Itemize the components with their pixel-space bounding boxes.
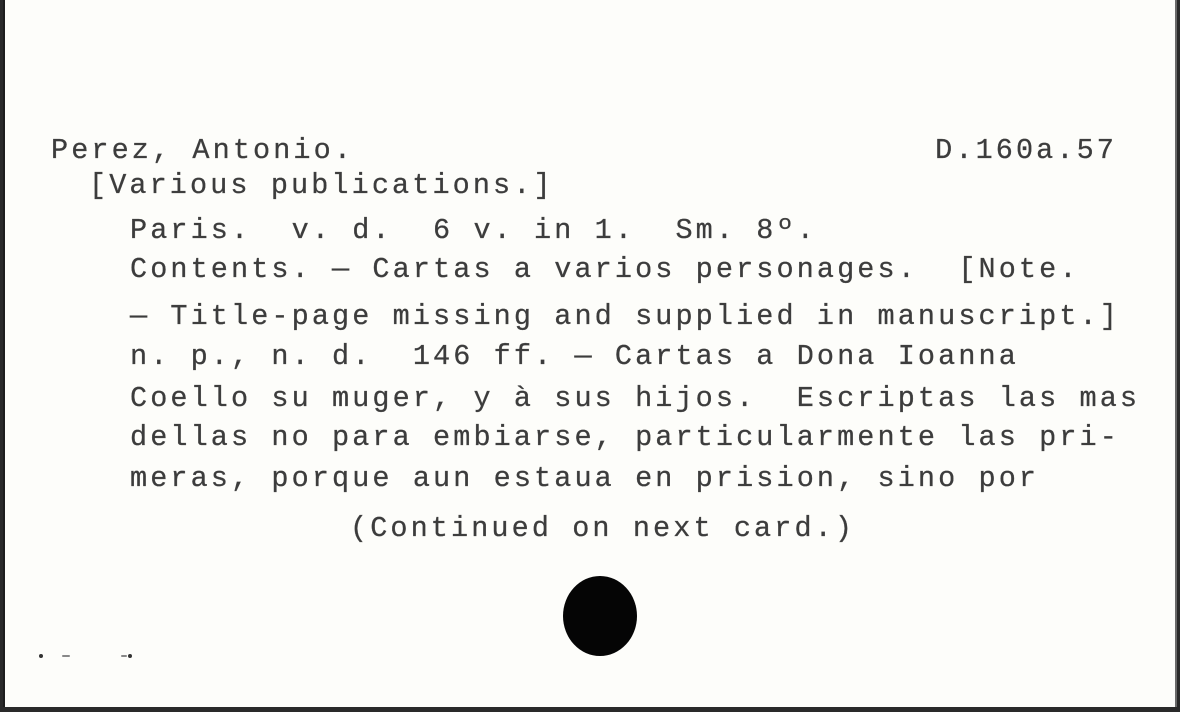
contents-line-6: meras, porque aun estaua en prision, sin… xyxy=(130,462,1039,496)
speck-icon xyxy=(62,655,70,657)
imprint-line: Paris. v. d. 6 v. in 1. Sm. 8º. xyxy=(130,214,817,248)
contents-line-2: — Title-page missing and supplied in man… xyxy=(130,300,1120,334)
catalog-card: Perez, Antonio. D.160a.57 [Various publi… xyxy=(3,0,1177,707)
filing-hole-icon xyxy=(563,576,637,656)
main-entry-heading: Perez, Antonio. xyxy=(51,134,354,168)
contents-line-3: n. p., n. d. 146 ff. — Cartas a Dona Ioa… xyxy=(130,340,1019,374)
speck-icon xyxy=(128,654,132,658)
title-line: [Various publications.] xyxy=(89,169,554,203)
continuation-note: (Continued on next card.) xyxy=(350,512,855,546)
contents-line-5: dellas no para embiarse, particularmente… xyxy=(130,421,1120,455)
speck-icon xyxy=(39,654,43,658)
speck-icon xyxy=(121,655,127,657)
call-number: D.160a.57 xyxy=(935,134,1117,168)
contents-line-1: Contents. — Cartas a varios personages. … xyxy=(130,253,1080,287)
contents-line-4: Coello su muger, y à sus hijos. Escripta… xyxy=(130,382,1140,416)
